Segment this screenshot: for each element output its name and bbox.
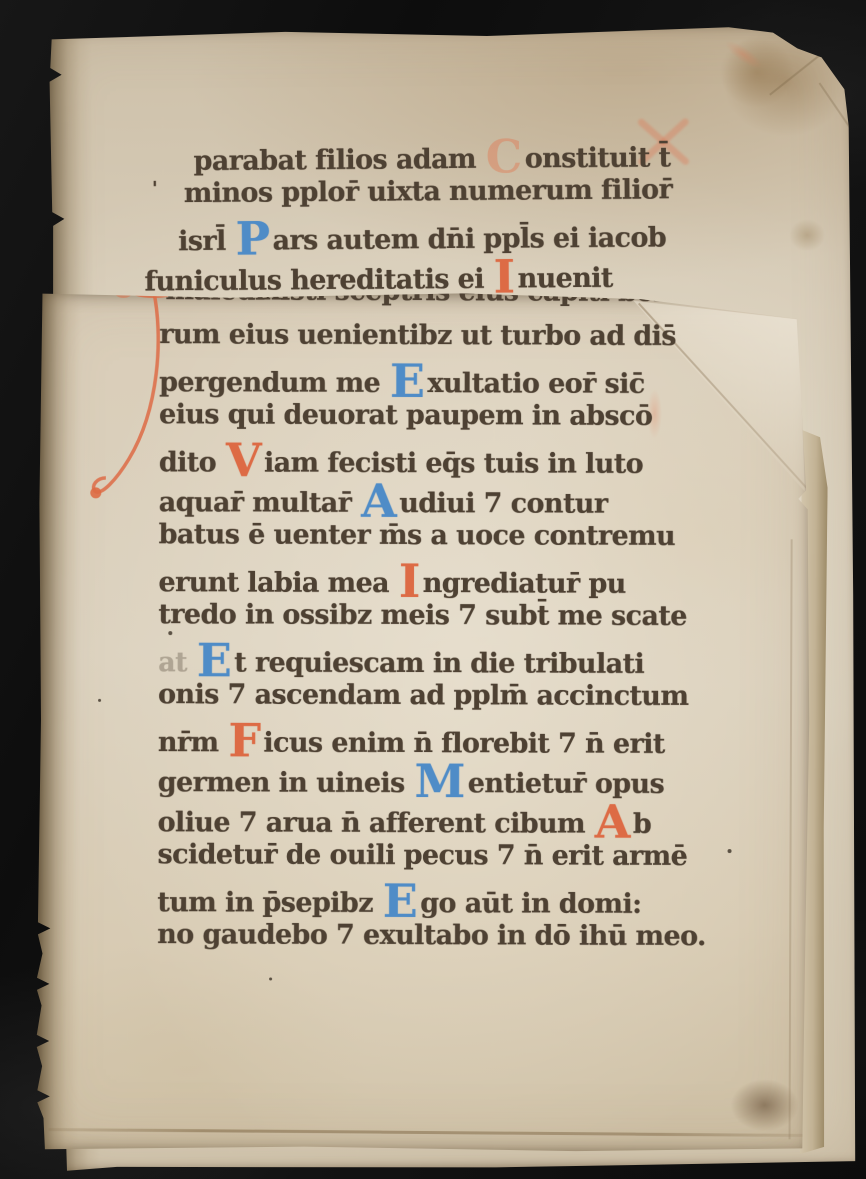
text-segment: isrl̄ xyxy=(178,226,235,257)
text-segment: germen in uineis xyxy=(158,767,414,799)
ink-speck xyxy=(728,849,732,853)
text-segment: onis 7 ascendam ad pplm̄ accinctum xyxy=(158,679,688,712)
text-segment: tredo in ossibz meis 7 subt̄ me scate xyxy=(158,599,687,632)
text-segment: dito xyxy=(159,447,225,478)
text-segment: go aūt in domi: xyxy=(420,888,641,920)
text-line: tredo in ossibz meis 7 subt̄ me scate xyxy=(158,595,687,637)
text-segment: rum eius uenientibz ut turbo ad dis̄ xyxy=(159,319,676,352)
manuscript-photo: ' parabat filios adam Constituit t̄ mino… xyxy=(0,0,866,1179)
text-segment: funiculus hereditatis ei xyxy=(144,264,492,298)
text-segment: eius qui deuorat paupem in abscō xyxy=(159,399,652,432)
text-segment: nuenit xyxy=(517,263,612,295)
vertical-crease xyxy=(789,539,793,1139)
text-line: funiculus hereditatis ei Inuenit xyxy=(144,251,613,303)
text-segment-faint: at xyxy=(158,647,196,678)
text-segment: pergendum me xyxy=(159,367,389,399)
text-line: onis 7 ascendam ad pplm̄ accinctum xyxy=(158,675,688,717)
text-line: no gaudebo 7 exultabo in dō ihū meo. xyxy=(157,915,706,957)
text-line: rum eius uenientibz ut turbo ad dis̄ xyxy=(159,315,676,357)
text-line: eius qui deuorat paupem in abscō xyxy=(159,395,652,437)
corner-stain xyxy=(731,1079,799,1131)
gutter-edge-stain xyxy=(32,287,81,1153)
ink-speck xyxy=(269,977,272,980)
text-segment: minos pplor̄ uixta numerum filior̄ xyxy=(184,174,673,209)
margin-mark: ' xyxy=(152,176,158,200)
text-line: batus ē uenter m̄s a uoce contremu xyxy=(159,515,676,557)
text-segment: ngrediatur̄ pu xyxy=(423,568,626,600)
text-segment: aquar̄ multar̄ xyxy=(159,487,360,519)
text-segment: xultatio eor̄ sic̄ xyxy=(427,368,644,400)
text-segment: no gaudebo 7 exultabo in dō ihū meo. xyxy=(157,919,706,952)
text-segment: erunt labia mea xyxy=(158,567,397,599)
text-line: scidetur̄ de ouili pecus 7 n̄ erit armē xyxy=(157,835,687,877)
corner-crease xyxy=(819,83,860,142)
ink-speck xyxy=(98,699,101,702)
text-segment: udiui 7 contur xyxy=(399,488,607,520)
text-segment: tum in p̄sepibz xyxy=(157,887,381,919)
text-segment: batus ē uenter m̄s a uoce contremu xyxy=(159,519,676,552)
text-line: minos pplor̄ uixta numerum filior̄ xyxy=(184,170,673,214)
illuminated-initial-I: I xyxy=(493,256,514,296)
text-segment: b xyxy=(633,809,651,840)
main-leaf: maledixisti sceptris eius capiti bellato… xyxy=(32,287,811,1156)
text-segment: entietur̄ opus xyxy=(468,768,664,800)
text-segment: nr̄m xyxy=(158,727,228,758)
text-segment: scidetur̄ de ouili pecus 7 n̄ erit armē xyxy=(157,839,687,872)
damp-stain xyxy=(789,219,825,251)
bottom-crease xyxy=(49,1128,815,1137)
